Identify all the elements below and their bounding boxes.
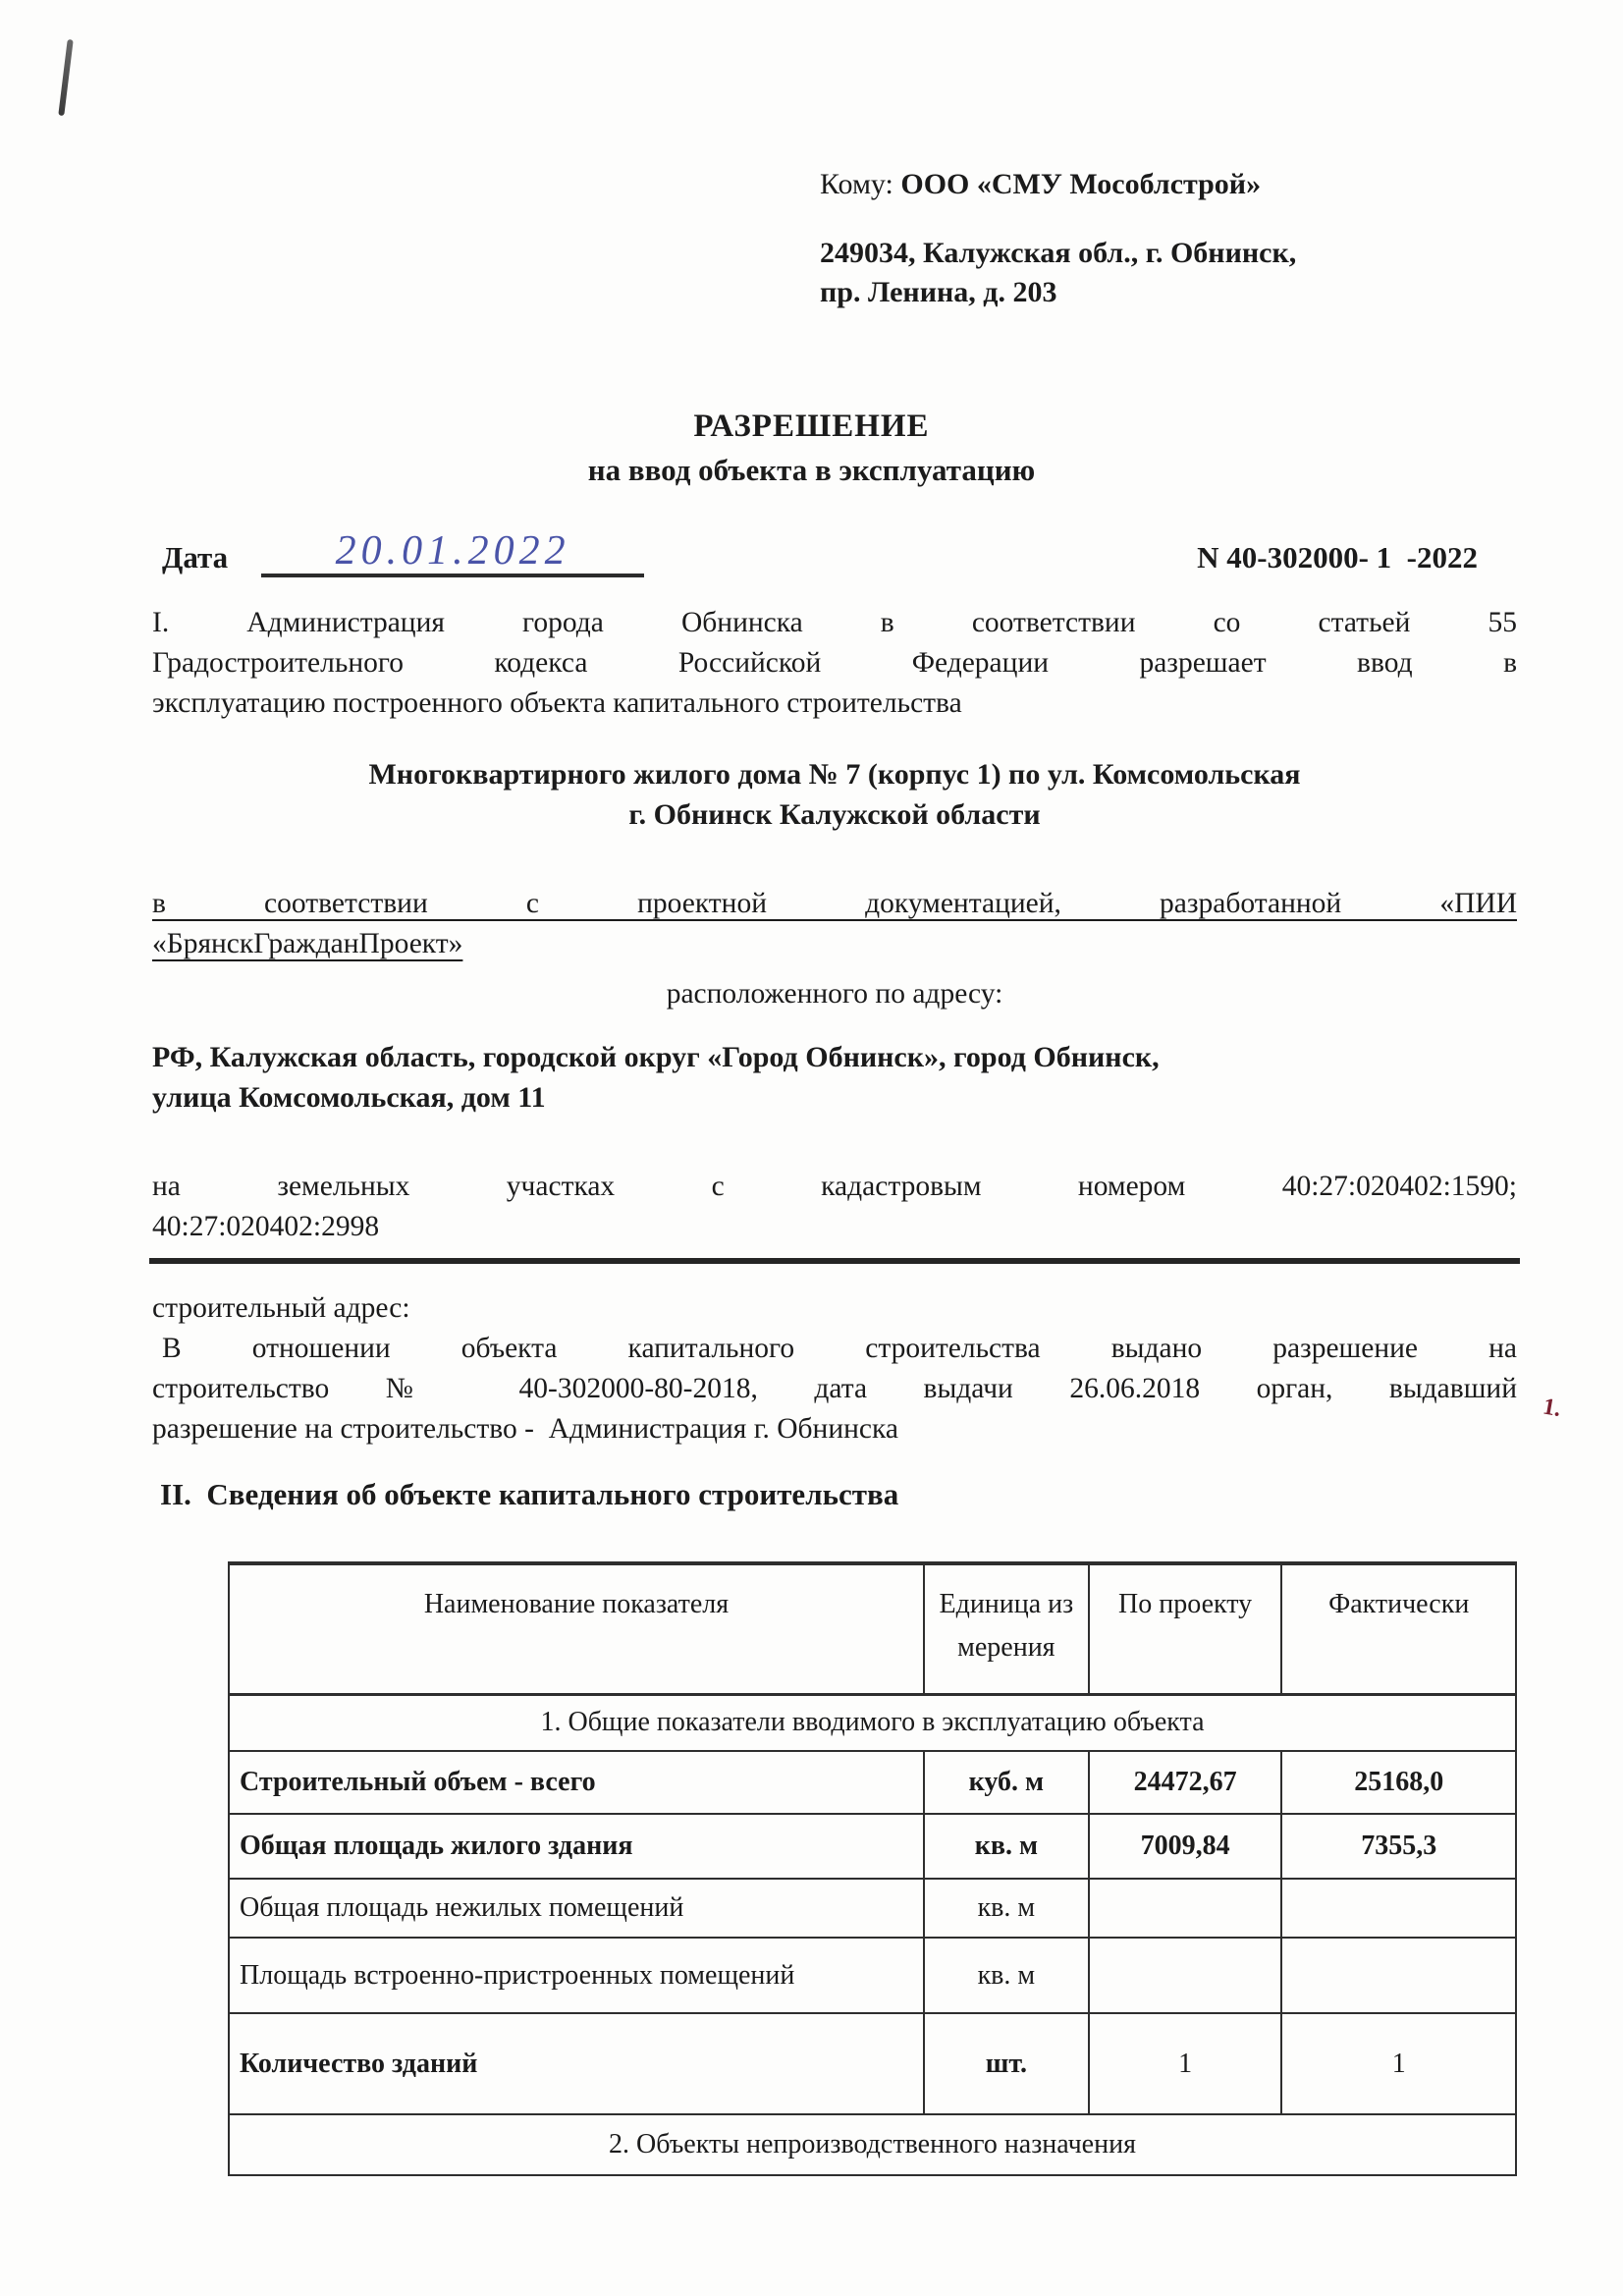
row-project-value: 24472,67 bbox=[1089, 1751, 1282, 1814]
section1-line1: I. Администрация города Обнинска в соотв… bbox=[152, 603, 1517, 643]
recipient-address-line2: пр. Ленина, д. 203 bbox=[820, 273, 1296, 312]
build-permit-block: строительный адрес: В отношении объекта … bbox=[152, 1288, 1517, 1449]
table-row: Общая площадь нежилых помещений кв. м bbox=[229, 1879, 1516, 1938]
recipient-block: Кому: ООО «СМУ Мособлстрой» 249034, Калу… bbox=[820, 165, 1296, 312]
object-name-line2: г. Обнинск Калужской области bbox=[152, 794, 1517, 835]
title-line1: РАЗРЕШЕНИЕ bbox=[0, 409, 1623, 445]
row-unit: шт. bbox=[924, 2013, 1089, 2114]
row-unit: кв. м bbox=[924, 1879, 1089, 1938]
row-name: Количество зданий bbox=[229, 2013, 924, 2114]
section1-line2: Градостроительного кодекса Российской Фе… bbox=[152, 643, 1517, 683]
build-permit-line3: разрешение на строительство - Администра… bbox=[152, 1409, 1517, 1449]
header-name: Наименование показателя bbox=[229, 1563, 924, 1694]
document-page: 1. Кому: ООО «СМУ Мособлстрой» 249034, К… bbox=[0, 0, 1623, 2296]
section2-title: II. Сведения об объекте капитального стр… bbox=[160, 1477, 898, 1512]
row-actual-value: 25168,0 bbox=[1281, 1751, 1516, 1814]
object-address-line1: РФ, Калужская область, городской округ «… bbox=[152, 1037, 1517, 1077]
table-row: Количество зданий шт. 1 1 bbox=[229, 2013, 1516, 2114]
date-row: Дата 20.01.2022 N 40-302000- 1 -2022 bbox=[162, 526, 1478, 575]
row-unit: куб. м bbox=[924, 1751, 1089, 1814]
build-permit-line1: В отношении объекта капитального строите… bbox=[152, 1329, 1517, 1369]
object-name-block: Многоквартирного жилого дома № 7 (корпус… bbox=[152, 754, 1517, 835]
object-name-line1: Многоквартирного жилого дома № 7 (корпус… bbox=[152, 754, 1517, 794]
row-name: Строительный объем - всего bbox=[229, 1751, 924, 1814]
recipient-line: Кому: ООО «СМУ Мособлстрой» bbox=[820, 165, 1296, 204]
row-project-value: 1 bbox=[1089, 2013, 1282, 2114]
table-row: Площадь встроенно-пристроенных помещений… bbox=[229, 1938, 1516, 2013]
row-project-value bbox=[1089, 1879, 1282, 1938]
located-label: расположенного по адресу: bbox=[152, 974, 1517, 1014]
cadastre-block: на земельных участках с кадастровым номе… bbox=[152, 1167, 1517, 1247]
header-unit: Единица измерения bbox=[924, 1563, 1089, 1694]
table-row: Общая площадь жилого здания кв. м 7009,8… bbox=[229, 1814, 1516, 1879]
build-permit-line2: строительство № 40-302000-80-2018, дата … bbox=[152, 1369, 1517, 1409]
details-table: Наименование показателя Единица измерени… bbox=[228, 1561, 1517, 2176]
recipient-label: Кому: bbox=[820, 168, 893, 200]
table-section1-caption: 1. Общие показатели вводимого в эксплуат… bbox=[229, 1694, 1516, 1751]
design-doc-line2: «БрянскГражданПроект» bbox=[152, 928, 462, 959]
design-doc-block: в соответствии с проектной документацией… bbox=[152, 884, 1517, 964]
details-table-wrap: Наименование показателя Единица измерени… bbox=[228, 1561, 1517, 2176]
row-name: Общая площадь нежилых помещений bbox=[229, 1879, 924, 1938]
handwritten-date: 20.01.2022 bbox=[261, 528, 644, 577]
table-header-row: Наименование показателя Единица измерени… bbox=[229, 1563, 1516, 1694]
red-ink-mark: 1. bbox=[1542, 1394, 1554, 1416]
row-name: Общая площадь жилого здания bbox=[229, 1814, 924, 1879]
pen-stroke-artifact bbox=[58, 39, 73, 116]
table-section2-caption: 2. Объекты непроизводственного назначени… bbox=[229, 2114, 1516, 2175]
row-unit: кв. м bbox=[924, 1814, 1089, 1879]
section1-line3: эксплуатацию построенного объекта капита… bbox=[152, 683, 1517, 724]
row-unit: кв. м bbox=[924, 1938, 1089, 2013]
recipient-name: ООО «СМУ Мособлстрой» bbox=[900, 168, 1261, 200]
title-line2: на ввод объекта в эксплуатацию bbox=[0, 453, 1623, 488]
header-project: По проекту bbox=[1089, 1563, 1282, 1694]
row-project-value bbox=[1089, 1938, 1282, 2013]
row-name: Площадь встроенно-пристроенных помещений bbox=[229, 1938, 924, 2013]
row-actual-value bbox=[1281, 1938, 1516, 2013]
table-section2-row: 2. Объекты непроизводственного назначени… bbox=[229, 2114, 1516, 2175]
build-address-label: строительный адрес: bbox=[152, 1288, 1517, 1329]
object-address-block: РФ, Калужская область, городской округ «… bbox=[152, 1037, 1517, 1118]
table-row: Строительный объем - всего куб. м 24472,… bbox=[229, 1751, 1516, 1814]
object-address-line2: улица Комсомольская, дом 11 bbox=[152, 1077, 1517, 1118]
design-doc-line1: в соответствии с проектной документацией… bbox=[152, 884, 1517, 924]
recipient-address-line1: 249034, Калужская обл., г. Обнинск, bbox=[820, 234, 1296, 273]
cadastre-line2: 40:27:020402:2998 bbox=[152, 1207, 1517, 1247]
recipient-address: 249034, Калужская обл., г. Обнинск, пр. … bbox=[820, 234, 1296, 312]
row-actual-value: 1 bbox=[1281, 2013, 1516, 2114]
horizontal-rule bbox=[149, 1258, 1520, 1264]
row-actual-value bbox=[1281, 1879, 1516, 1938]
document-title: РАЗРЕШЕНИЕ на ввод объекта в эксплуатаци… bbox=[0, 409, 1623, 488]
section1-paragraph: I. Администрация города Обнинска в соотв… bbox=[152, 603, 1517, 724]
header-actual: Фактически bbox=[1281, 1563, 1516, 1694]
row-project-value: 7009,84 bbox=[1089, 1814, 1282, 1879]
table-section1-row: 1. Общие показатели вводимого в эксплуат… bbox=[229, 1694, 1516, 1751]
document-number: N 40-302000- 1 -2022 bbox=[1197, 540, 1478, 575]
cadastre-line1: на земельных участках с кадастровым номе… bbox=[152, 1167, 1517, 1207]
date-label: Дата bbox=[162, 540, 228, 575]
row-actual-value: 7355,3 bbox=[1281, 1814, 1516, 1879]
